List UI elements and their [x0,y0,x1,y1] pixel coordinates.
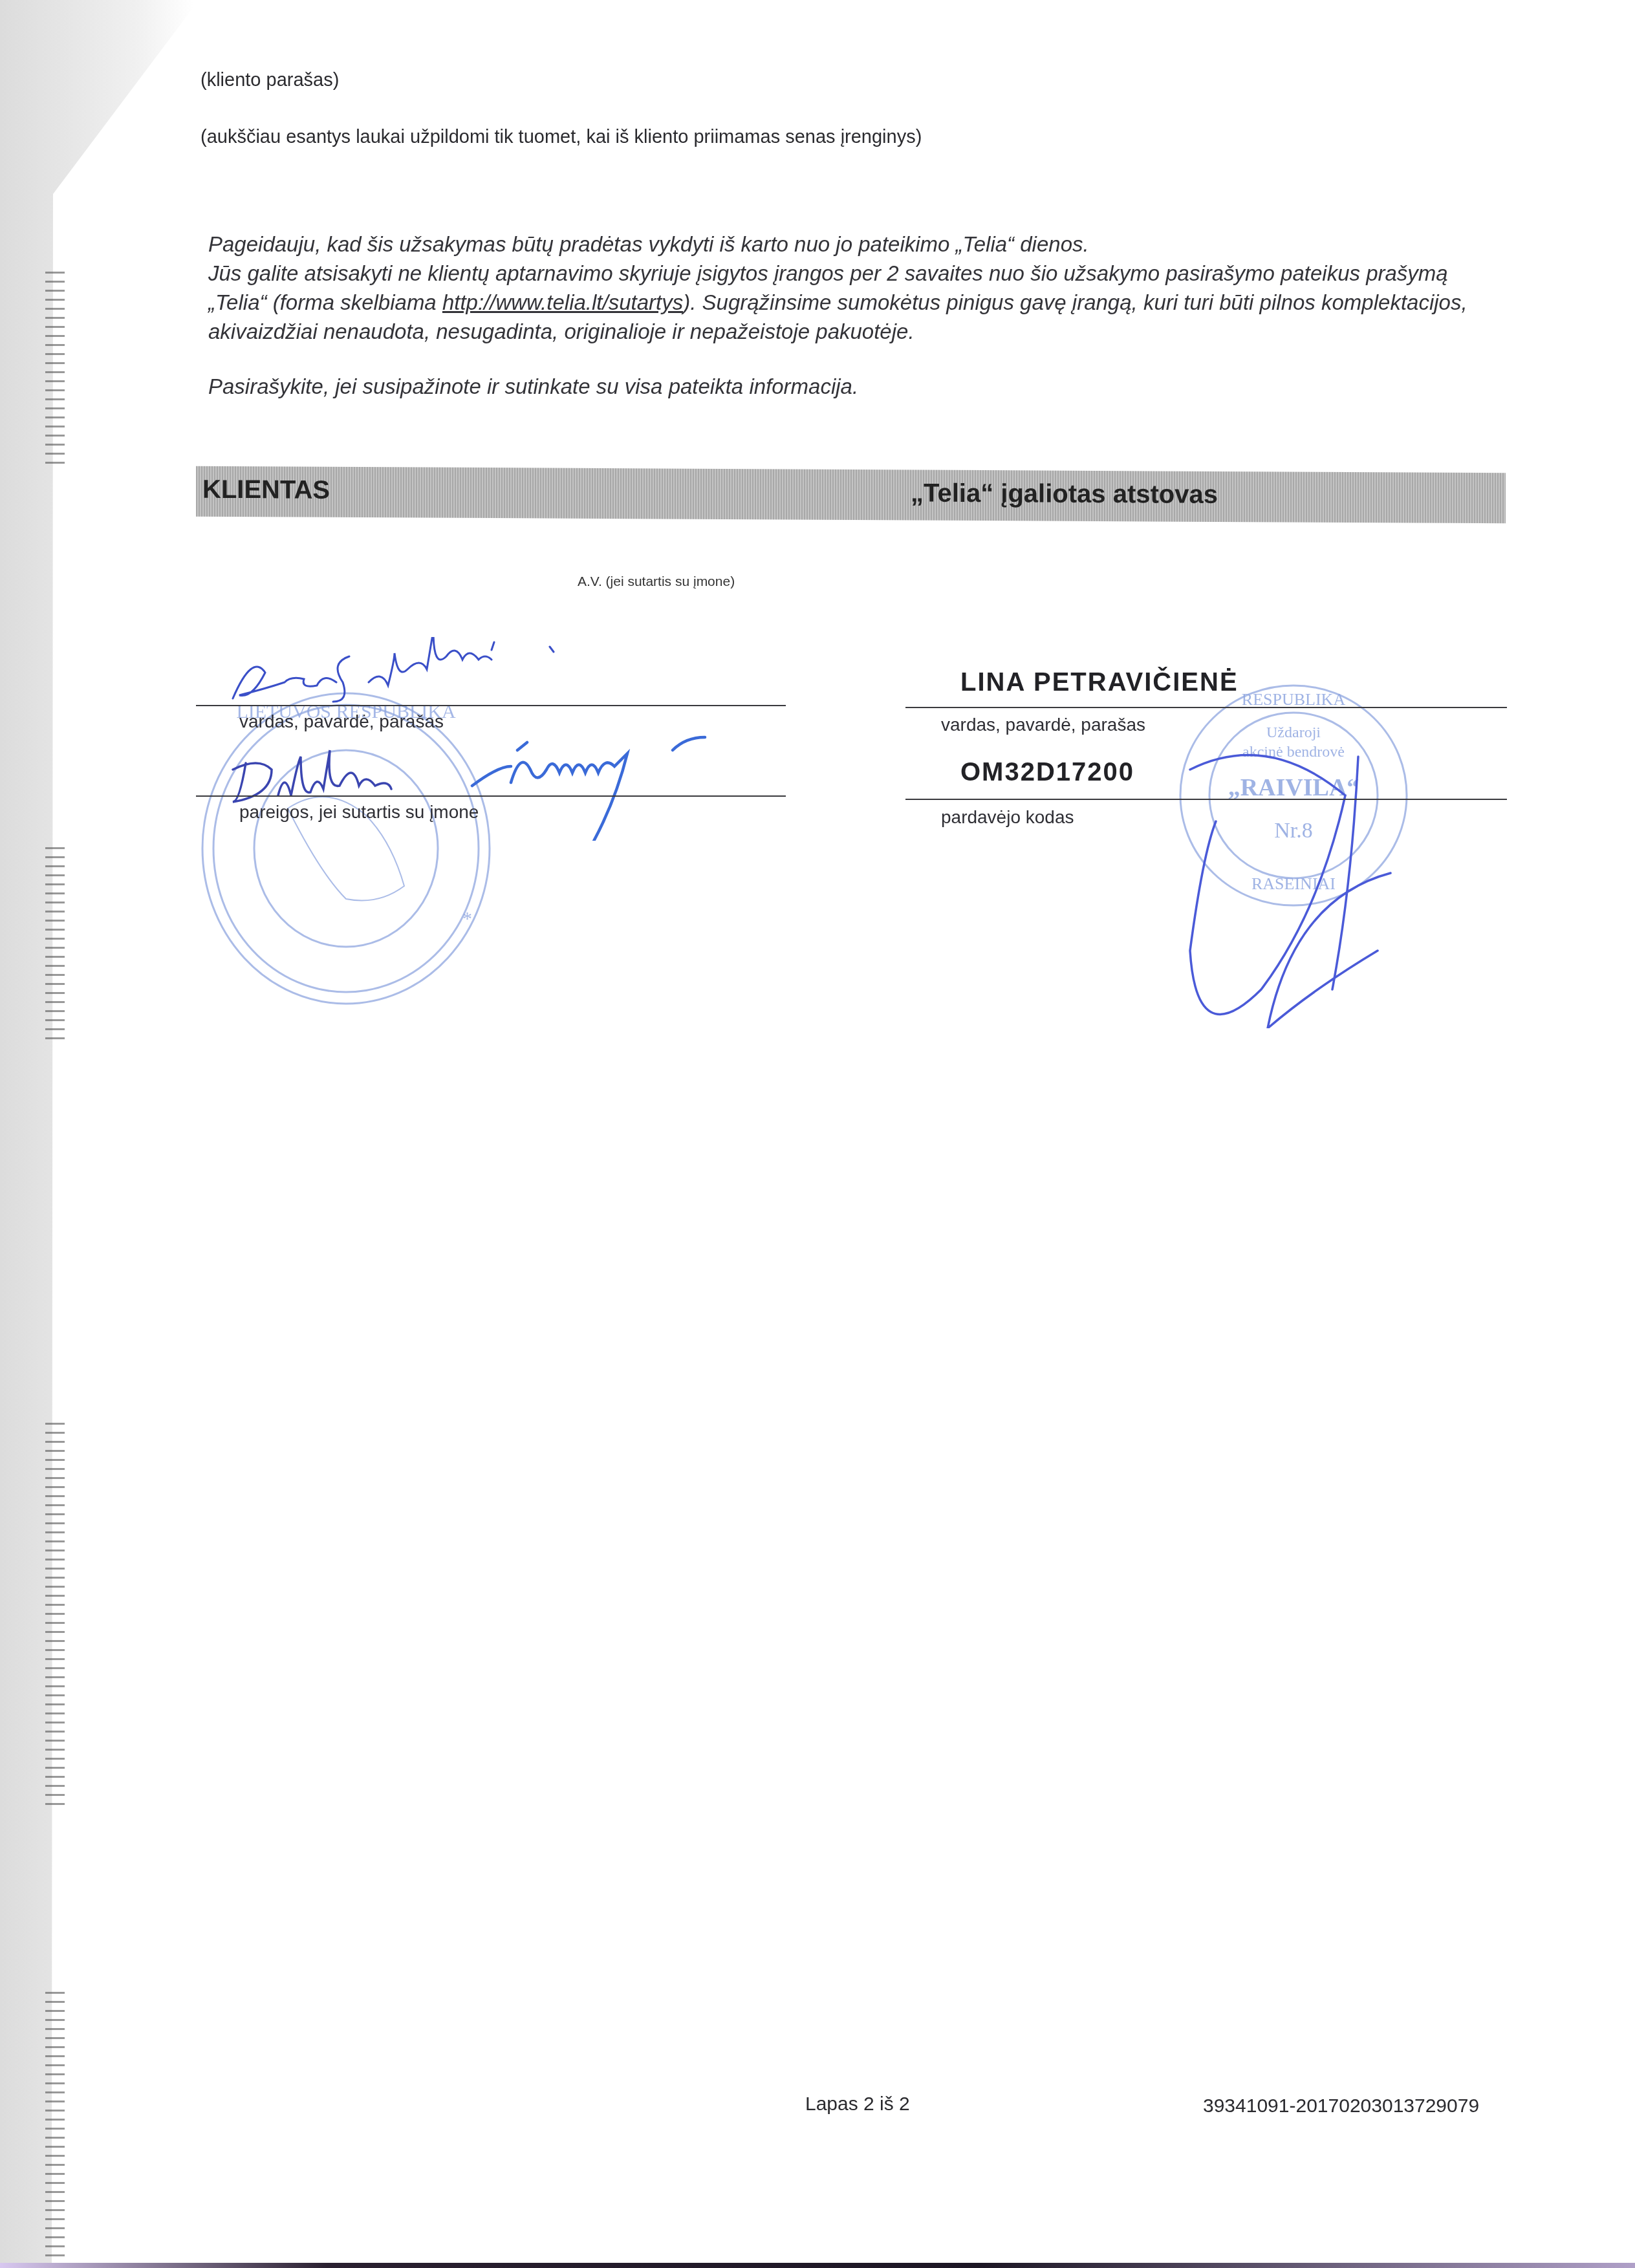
header-representative: „Telia“ įgaliotas atstovas [911,479,1218,509]
client-name-rule [196,705,786,706]
terms-block: Pageidauju, kad šis užsakymas būtų pradė… [208,230,1508,401]
svg-text:Uždaroji: Uždaroji [1266,724,1321,741]
client-position-label: pareigos, jei sutartis su įmone [239,802,479,823]
svg-text:akcinė bendrovė: akcinė bendrovė [1242,744,1345,761]
sign-prompt: Pasirašykite, jei susipažinote ir sutink… [208,372,1508,401]
scan-bottom-edge [0,2263,1635,2268]
old-device-note: (aukščiau esantys laukai užpildomi tik t… [200,127,922,148]
contracts-link[interactable]: http://www.telia.lt/sutartys [442,290,683,314]
representative-name-rule [905,707,1507,708]
svg-text:RESPUBLIKA: RESPUBLIKA [1242,690,1346,709]
scan-artifact-left-3 [45,1423,65,1811]
client-signature [466,724,776,841]
representative-signature [1164,731,1436,1028]
client-signature-caption: (kliento parašas) [200,70,339,91]
stamp-note: A.V. (jei sutartis su įmone) [578,574,735,590]
scan-artifact-left-2 [45,847,65,1041]
terms-withdrawal: Jūs galite atsisakyti ne klientų aptarna… [208,259,1508,346]
header-client: KLIENTAS [202,475,330,505]
client-handwritten-name [220,637,582,715]
seller-code: OM32D17200 [960,758,1134,787]
svg-text:„RAIVILA“: „RAIVILA“ [1228,774,1359,801]
svg-text:RASEINIAI: RASEINIAI [1251,874,1336,893]
document-id: 39341091-20170203013729079 [1203,2095,1479,2117]
representative-name-signature-label: vardas, pavardė, parašas [941,715,1145,735]
terms-line-start: Pageidauju, kad šis užsakymas būtų pradė… [208,230,1508,259]
signature-header-bar: KLIENTAS „Telia“ įgaliotas atstovas [196,466,1506,524]
representative-name: LINA PETRAVIČIENĖ [960,668,1239,697]
page-fold-shadow [0,0,194,2268]
page-indicator: Lapas 2 iš 2 [805,2093,910,2115]
client-name-signature-label: vardas, pavardė, parašas [239,711,444,732]
svg-text:*: * [462,908,472,929]
scan-artifact-left-4 [45,1992,65,2263]
scan-artifact-left-1 [45,272,65,466]
seller-code-label: pardavėjo kodas [941,807,1074,828]
client-position-rule [196,795,786,797]
client-handwritten-position [226,744,420,808]
svg-text:Nr.8: Nr.8 [1274,819,1313,843]
seller-code-rule [905,799,1507,800]
